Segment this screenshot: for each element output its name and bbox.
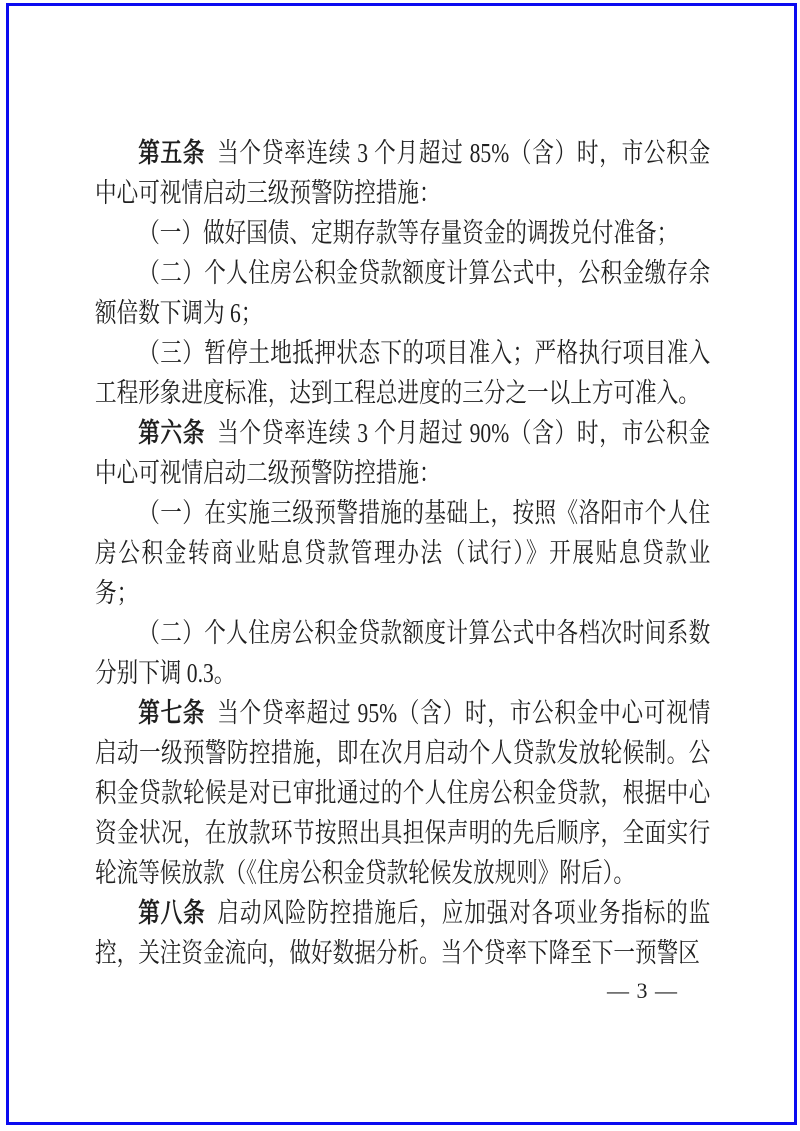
document-page: { "document": { "paragraphs": [ { "label… xyxy=(0,0,800,1131)
article-6-label: 第六条 xyxy=(138,418,205,448)
para-article-5-item-2: （二）个人住房公积金贷款额度计算公式中，公积金缴存余额倍数下调为 6； xyxy=(95,253,710,333)
para-article-6: 第六条当个贷率连续 3 个月超过 90%（含）时，市公积金中心可视情启动二级预警… xyxy=(95,413,710,493)
article-7-label: 第七条 xyxy=(138,698,205,728)
para-article-6-item-1: （一）在实施三级预警措施的基础上，按照《洛阳市个人住房公积金转商业贴息贷款管理办… xyxy=(95,493,710,613)
article-5-item-1-text: （一）做好国债、定期存款等存量资金的调拨兑付准备； xyxy=(138,218,678,248)
page-number: — 3 — xyxy=(607,978,678,1004)
article-6-item-2-text: （二）个人住房公积金贷款额度计算公式中各档次时间系数分别下调 0.3。 xyxy=(95,618,710,688)
article-5-item-3-text: （三）暂停土地抵押状态下的项目准入；严格执行项目准入工程形象进度标准，达到工程总… xyxy=(95,338,710,408)
para-article-5-item-1: （一）做好国债、定期存款等存量资金的调拨兑付准备； xyxy=(95,213,710,253)
para-article-7: 第七条当个贷率超过 95%（含）时，市公积金中心可视情启动一级预警防控措施，即在… xyxy=(95,693,710,893)
para-article-8: 第八条启动风险防控措施后，应加强对各项业务指标的监控，关注资金流向，做好数据分析… xyxy=(95,893,710,973)
para-article-5-item-3: （三）暂停土地抵押状态下的项目准入；严格执行项目准入工程形象进度标准，达到工程总… xyxy=(95,333,710,413)
article-6-item-1-text: （一）在实施三级预警措施的基础上，按照《洛阳市个人住房公积金转商业贴息贷款管理办… xyxy=(95,498,710,608)
para-article-5: 第五条当个贷率连续 3 个月超过 85%（含）时，市公积金中心可视情启动三级预警… xyxy=(95,133,710,213)
article-5-label: 第五条 xyxy=(138,138,205,168)
article-8-label: 第八条 xyxy=(138,898,205,928)
article-5-item-2-text: （二）个人住房公积金贷款额度计算公式中，公积金缴存余额倍数下调为 6； xyxy=(95,258,710,328)
document-body: 第五条当个贷率连续 3 个月超过 85%（含）时，市公积金中心可视情启动三级预警… xyxy=(95,133,710,973)
para-article-6-item-2: （二）个人住房公积金贷款额度计算公式中各档次时间系数分别下调 0.3。 xyxy=(95,613,710,693)
